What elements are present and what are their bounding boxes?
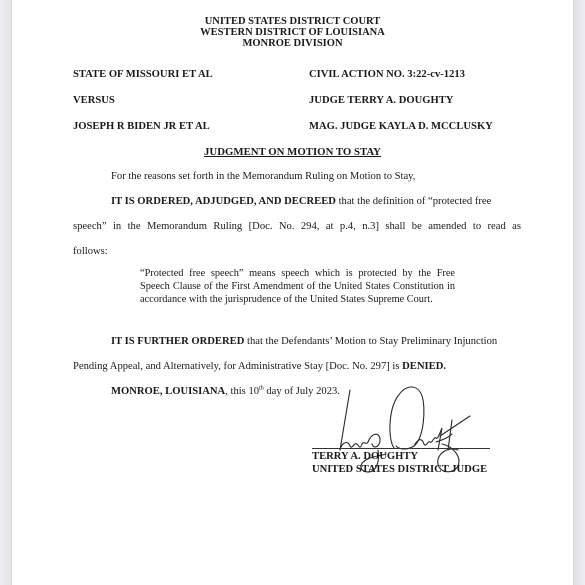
left-viewer-gutter	[0, 0, 12, 585]
order-1-heading: IT IS ORDERED, ADJUDGED, AND DECREED	[111, 196, 336, 207]
order-2-continuation: Pending Appeal, and Alternatively, for A…	[73, 361, 402, 372]
order-paragraph-1-line-2: speech” in the Memorandum Ruling [Doc. N…	[73, 221, 521, 232]
order-paragraph-2-line-2: Pending Appeal, and Alternatively, for A…	[73, 361, 446, 372]
plaintiff: STATE OF MISSOURI ET AL	[73, 69, 213, 80]
document-page: UNITED STATES DISTRICT COURT WESTERN DIS…	[12, 0, 573, 585]
civil-action-number: CIVIL ACTION NO. 3:22-cv-1213	[309, 69, 465, 80]
document-title: JUDGMENT ON MOTION TO STAY	[12, 146, 573, 158]
court-name: UNITED STATES DISTRICT COURT	[12, 16, 573, 27]
magistrate-judge: MAG. JUDGE KAYLA D. MCCLUSKY	[309, 121, 493, 132]
signer-title: UNITED STATES DISTRICT JUDGE	[312, 464, 487, 476]
block-quote-definition: “Protected free speech” means speech whi…	[140, 267, 455, 307]
order-paragraph-1-line-1: IT IS ORDERED, ADJUDGED, AND DECREED tha…	[111, 196, 491, 207]
dateline-location: MONROE, LOUISIANA	[111, 386, 225, 397]
order-1-text: that the definition of “protected free	[336, 196, 491, 207]
signature-line	[312, 448, 490, 449]
order-2-text: that the Defendants’ Motion to Stay Prel…	[244, 336, 497, 347]
signer-name: TERRY A. DOUGHTY	[312, 451, 418, 463]
presiding-judge: JUDGE TERRY A. DOUGHTY	[309, 95, 453, 106]
court-district: WESTERN DISTRICT OF LOUISIANA	[12, 27, 573, 38]
defendant: JOSEPH R BIDEN JR ET AL	[73, 121, 210, 132]
order-2-ruling: DENIED.	[402, 361, 446, 372]
order-paragraph-1-line-3: follows:	[73, 246, 108, 257]
order-paragraph-2-line-1: IT IS FURTHER ORDERED that the Defendant…	[111, 336, 497, 347]
intro-paragraph: For the reasons set forth in the Memoran…	[111, 171, 415, 182]
court-division: MONROE DIVISION	[12, 38, 573, 49]
dateline-day: , this 10	[225, 386, 259, 397]
order-2-heading: IT IS FURTHER ORDERED	[111, 336, 244, 347]
right-viewer-gutter	[573, 0, 585, 585]
versus: VERSUS	[73, 95, 115, 106]
